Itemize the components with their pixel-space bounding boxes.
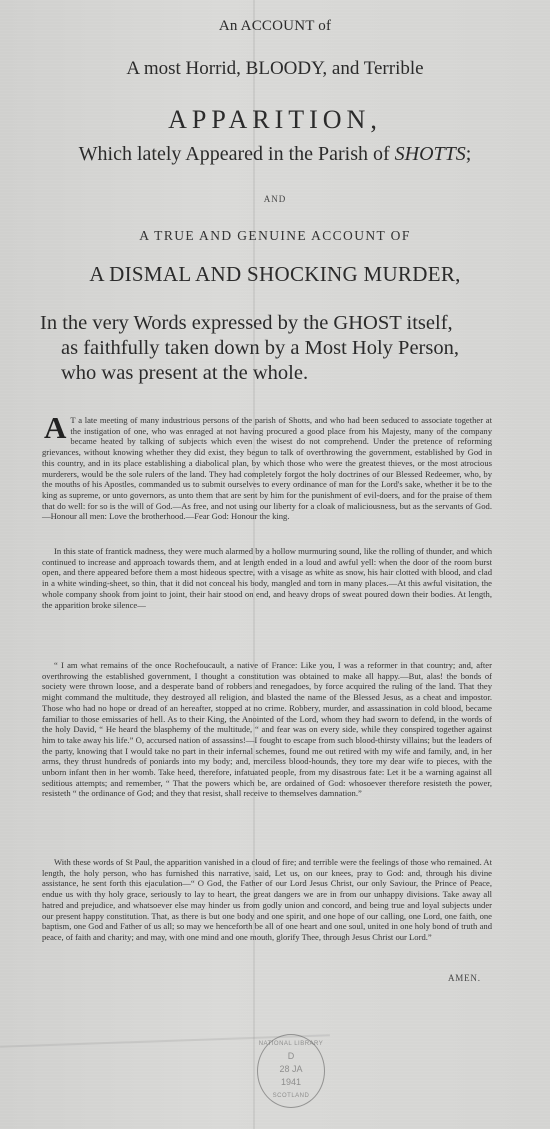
heading-conjunction: AND [0,194,550,204]
subtitle-block: In the very Words expressed by the GHOST… [40,311,510,386]
stamp-ring-top: NATIONAL LIBRARY [258,1039,324,1049]
heading-line-parish: Which lately Appeared in the Parish of S… [0,143,550,166]
heading-true-account: A TRUE AND GENUINE ACCOUNT OF [0,228,550,244]
heading-line-account: An ACCOUNT of [0,18,550,35]
paragraph-prayer: With these words of St Paul, the apparit… [42,857,492,943]
drop-cap: A [44,416,66,440]
heading-apparition: APPARITION, [0,105,550,135]
stamp-line-1: D [258,1051,324,1061]
heading-murder: A DISMAL AND SHOCKING MURDER, [0,262,550,287]
subtitle-line-1: In the very Words expressed by the GHOST… [40,311,510,336]
paragraph-spectre: In this state of frantick madness, they … [42,546,492,610]
heading-line-horrid: A most Horrid, BLOODY, and Terrible [0,58,550,80]
subtitle-line-2: as faithfully taken down by a Most Holy … [40,336,510,361]
heading-parish-name: SHOTTS [395,143,466,165]
heading-parish-prefix: Which lately Appeared in the Parish of [79,143,395,165]
paragraph-meeting-text: T a late meeting of many industrious per… [42,415,492,521]
paragraph-meeting: AT a late meeting of many industrious pe… [42,415,492,522]
heading-parish-suffix: ; [466,143,472,165]
library-stamp: NATIONAL LIBRARY D 28 JA 1941 SCOTLAND [257,1034,325,1108]
closing-amen: AMEN. [448,973,481,983]
stamp-ring-bottom: SCOTLAND [258,1091,324,1101]
stamp-line-2: 28 JA [258,1064,324,1074]
stamp-line-3: 1941 [258,1077,324,1087]
subtitle-line-3: who was present at the whole. [40,361,510,386]
paragraph-ghost-speech: “ I am what remains of the once Rochefou… [42,660,492,799]
